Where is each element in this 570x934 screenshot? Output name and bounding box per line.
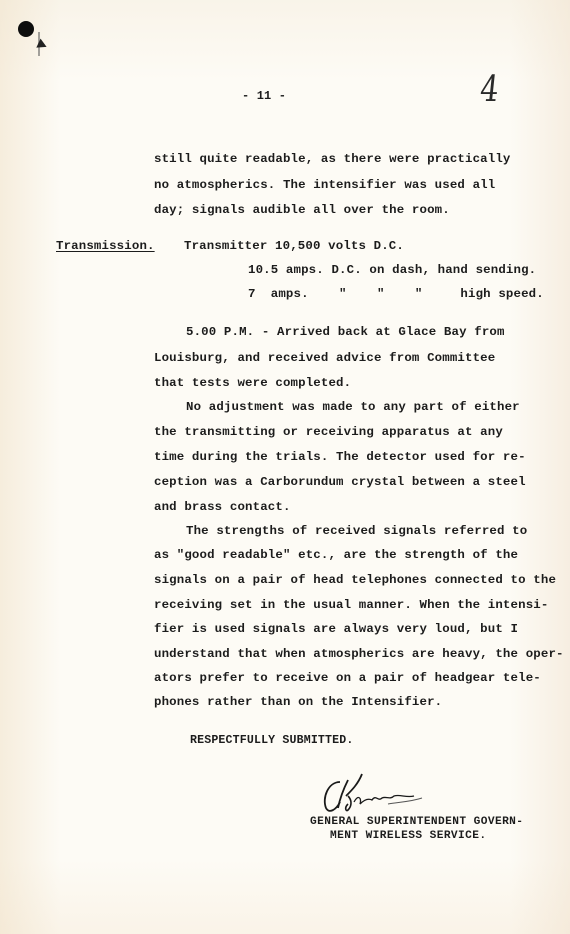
body-line: 5.00 P.M. - Arrived back at Glace Bay fr… <box>186 325 505 339</box>
punch-hole <box>18 21 34 37</box>
closing-salutation: RESPECTFULLY SUBMITTED. <box>190 734 353 748</box>
body-line: signals on a pair of head telephones con… <box>154 573 556 587</box>
body-line: The strengths of received signals referr… <box>186 524 527 538</box>
body-line: ators prefer to receive on a pair of hea… <box>154 671 541 685</box>
body-line: Louisburg, and received advice from Comm… <box>154 351 495 365</box>
body-line: and brass contact. <box>154 500 291 514</box>
body-line: receiving set in the usual manner. When … <box>154 598 548 612</box>
body-line: phones rather than on the Intensifier. <box>154 695 442 709</box>
transmission-line: Transmitter 10,500 volts D.C. <box>184 239 404 253</box>
body-line: No adjustment was made to any part of ei… <box>186 400 520 414</box>
handwritten-page-mark: 4 <box>478 70 501 110</box>
signatory-title: MENT WIRELESS SERVICE. <box>330 829 487 843</box>
body-line: still quite readable, as there were prac… <box>154 152 511 166</box>
body-line: understand that when atmospherics are he… <box>154 647 564 661</box>
body-line: that tests were completed. <box>154 376 351 390</box>
body-line: fier is used signals are always very lou… <box>154 622 518 636</box>
body-line: as "good readable" etc., are the strengt… <box>154 548 518 562</box>
transmission-line: 10.5 amps. D.C. on dash, hand sending. <box>248 263 536 277</box>
body-line: no atmospherics. The intensifier was use… <box>154 178 495 192</box>
body-line: time during the trials. The detector use… <box>154 450 526 464</box>
body-line: ception was a Carborundum crystal betwee… <box>154 475 526 489</box>
body-line: the transmitting or receiving apparatus … <box>154 425 503 439</box>
transmission-line: 7 amps. " " " high speed. <box>248 287 544 301</box>
handwritten-signature: C.P. Edwards <box>318 768 428 818</box>
page-number: - 11 - <box>242 89 286 103</box>
body-line: day; signals audible all over the room. <box>154 203 450 217</box>
section-heading-transmission: Transmission. <box>56 239 155 253</box>
signatory-title: GENERAL SUPERINTENDENT GOVERN- <box>310 815 523 829</box>
